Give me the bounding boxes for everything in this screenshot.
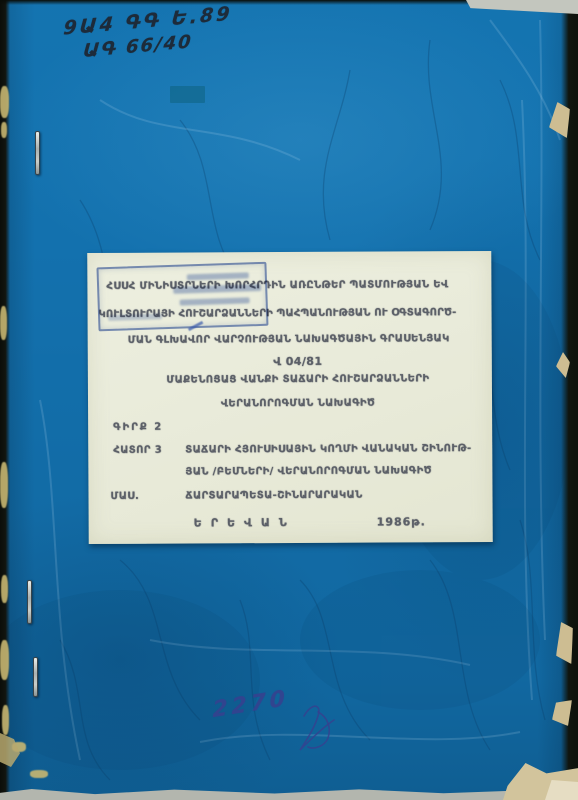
signature-scribble xyxy=(0,0,578,800)
scanned-book-cover: 9Ա4 ԳԳ Ե.89 ԱԳ 66/40 ՀՍՍՀ ՄԻՆԻՍՏՐՆԵՐԻ ԽՈ… xyxy=(0,0,578,800)
